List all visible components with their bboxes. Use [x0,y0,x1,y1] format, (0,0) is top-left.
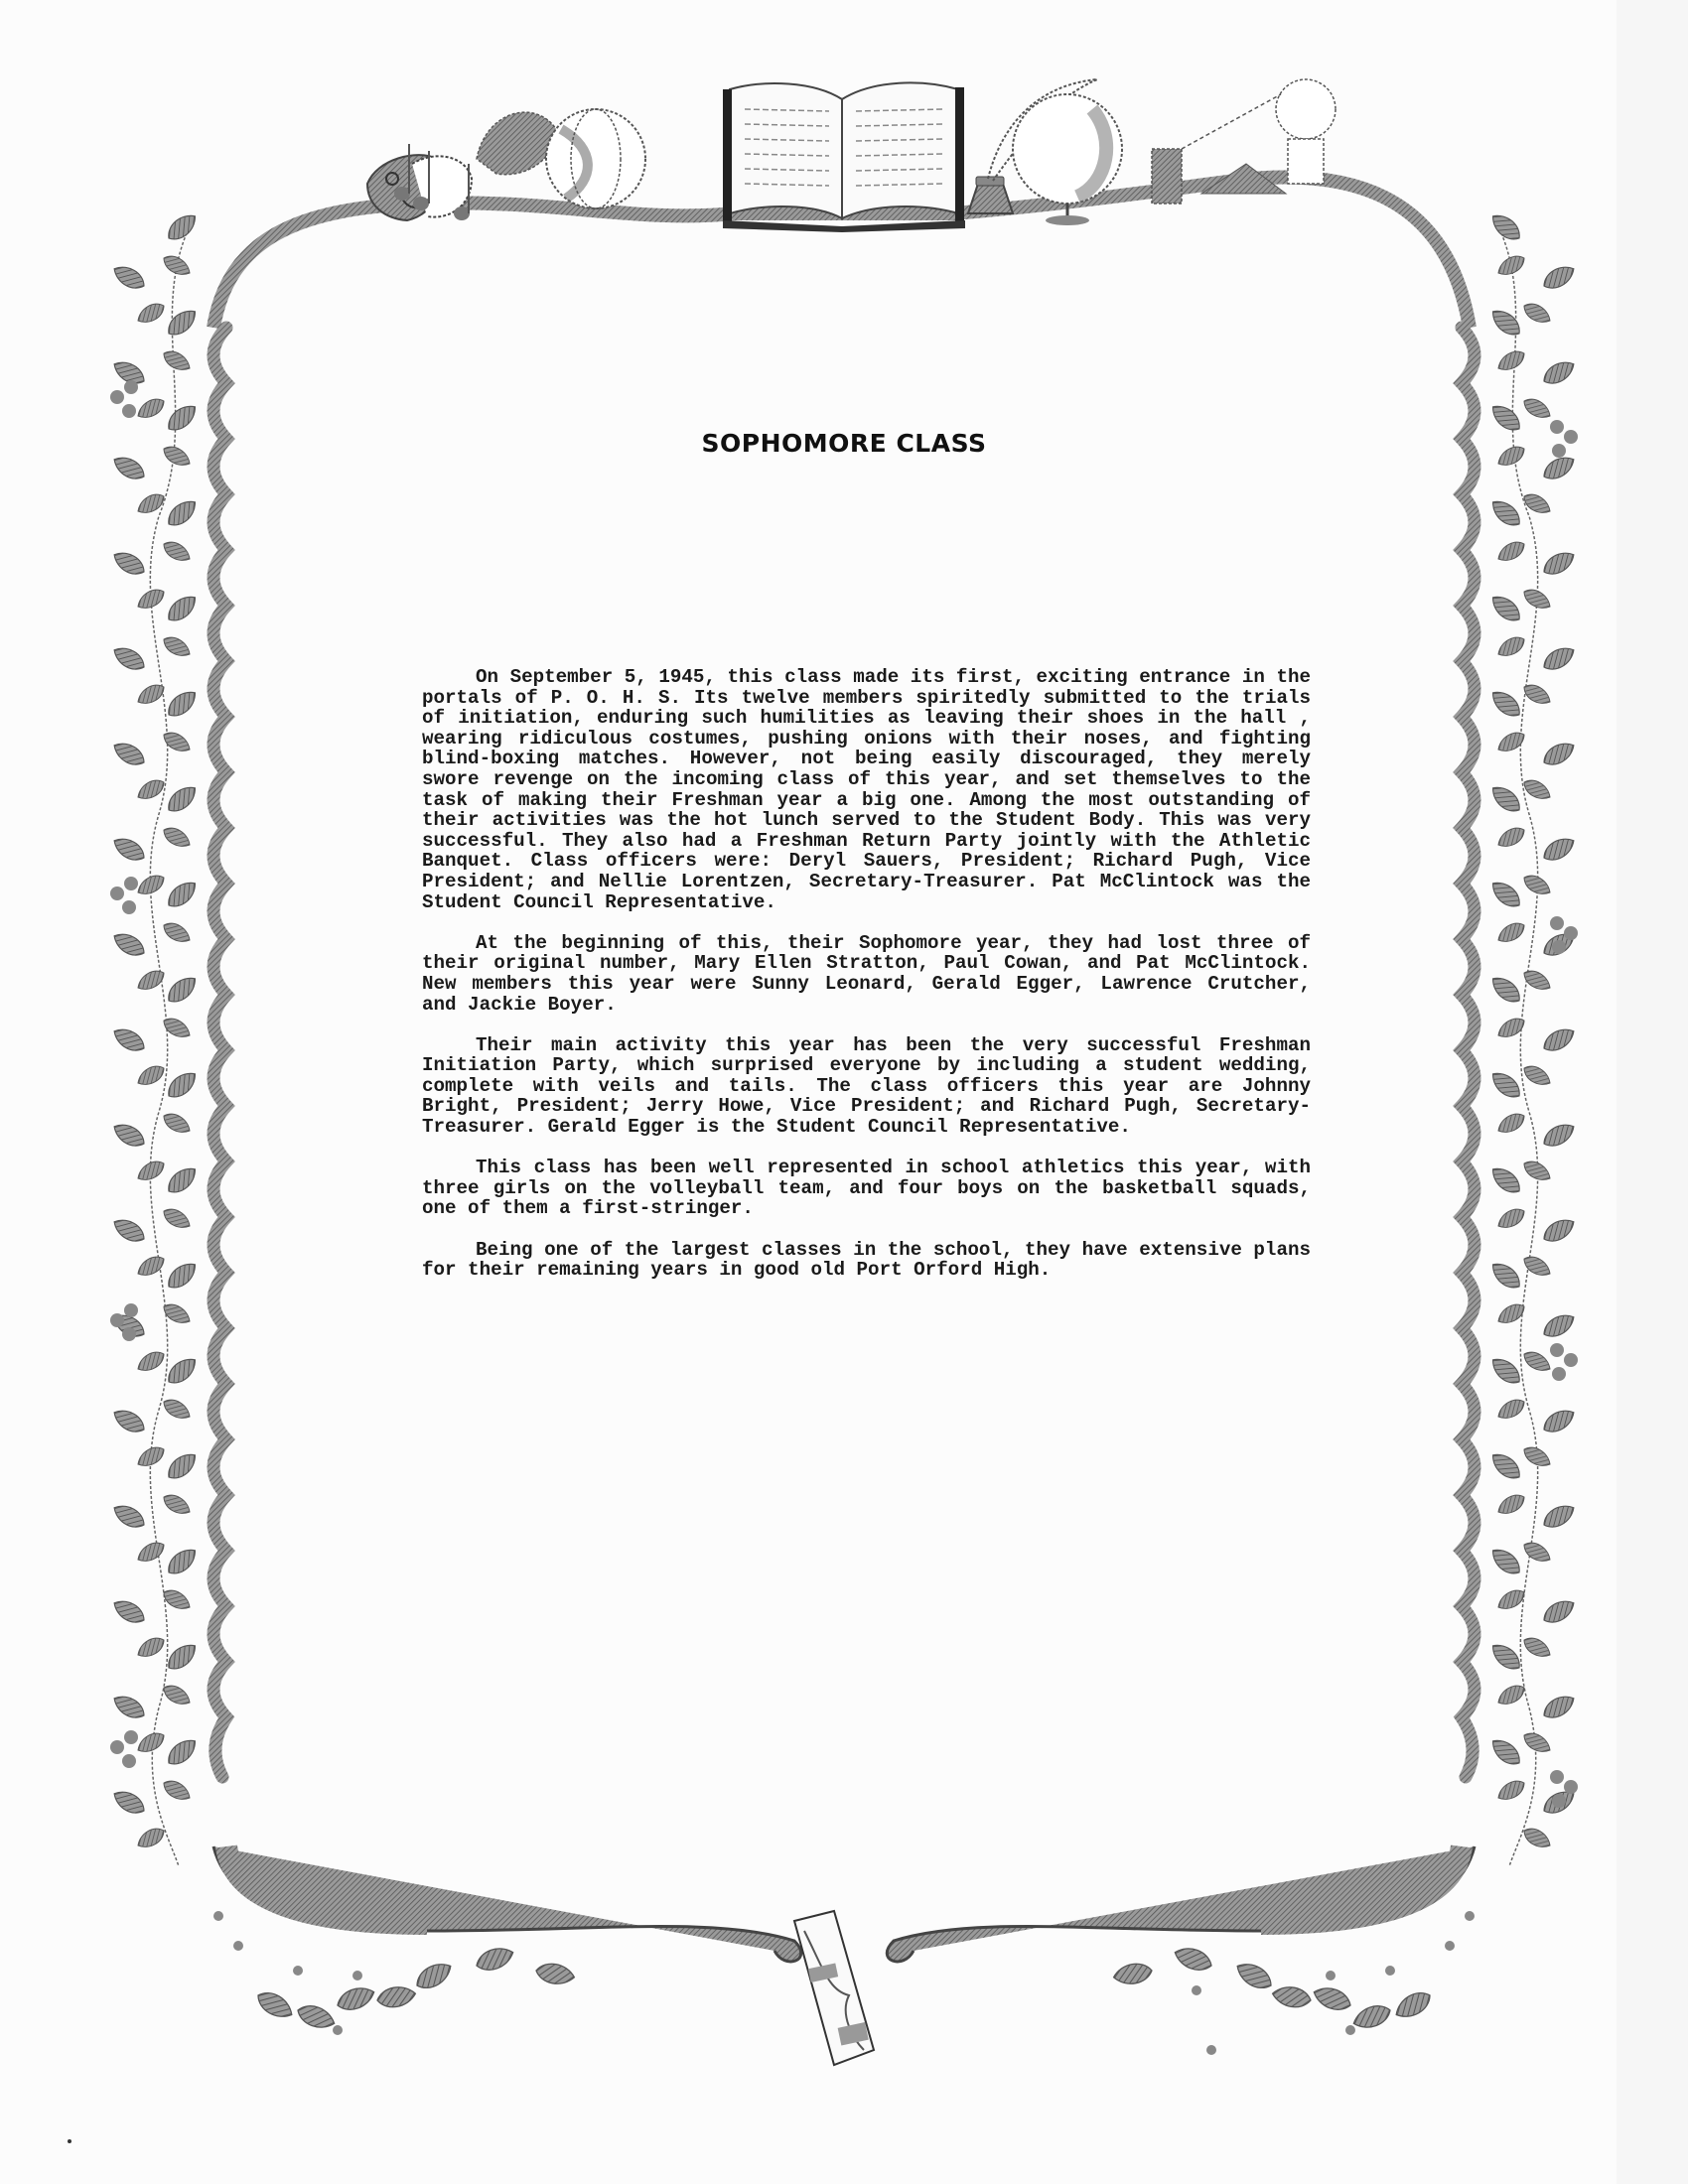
right-scallop-border [1462,328,1475,1777]
trumpet-icon [477,112,556,175]
paragraph-future-plans: Being one of the largest classes in the … [422,1240,1311,1281]
ball-icon [546,109,645,208]
page-title: SOPHOMORE CLASS [0,429,1688,458]
left-vine [150,228,189,1866]
hourglass-icon [794,1911,874,2065]
article-body: On September 5, 1945, this class made it… [422,667,1311,1300]
yearbook-page: SOPHOMORE CLASS On September 5, 1945, th… [0,0,1688,2184]
left-scallop-border [213,328,226,1777]
stray-ink-dot [68,2139,71,2143]
paragraph-membership-changes: At the beginning of this, their Sophomor… [422,933,1311,1015]
right-vine [1499,228,1538,1866]
paragraph-athletics: This class has been well represented in … [422,1158,1311,1219]
paragraph-main-activity: Their main activity this year has been t… [422,1035,1311,1138]
paragraph-freshman-year: On September 5, 1945, this class made it… [422,667,1311,912]
